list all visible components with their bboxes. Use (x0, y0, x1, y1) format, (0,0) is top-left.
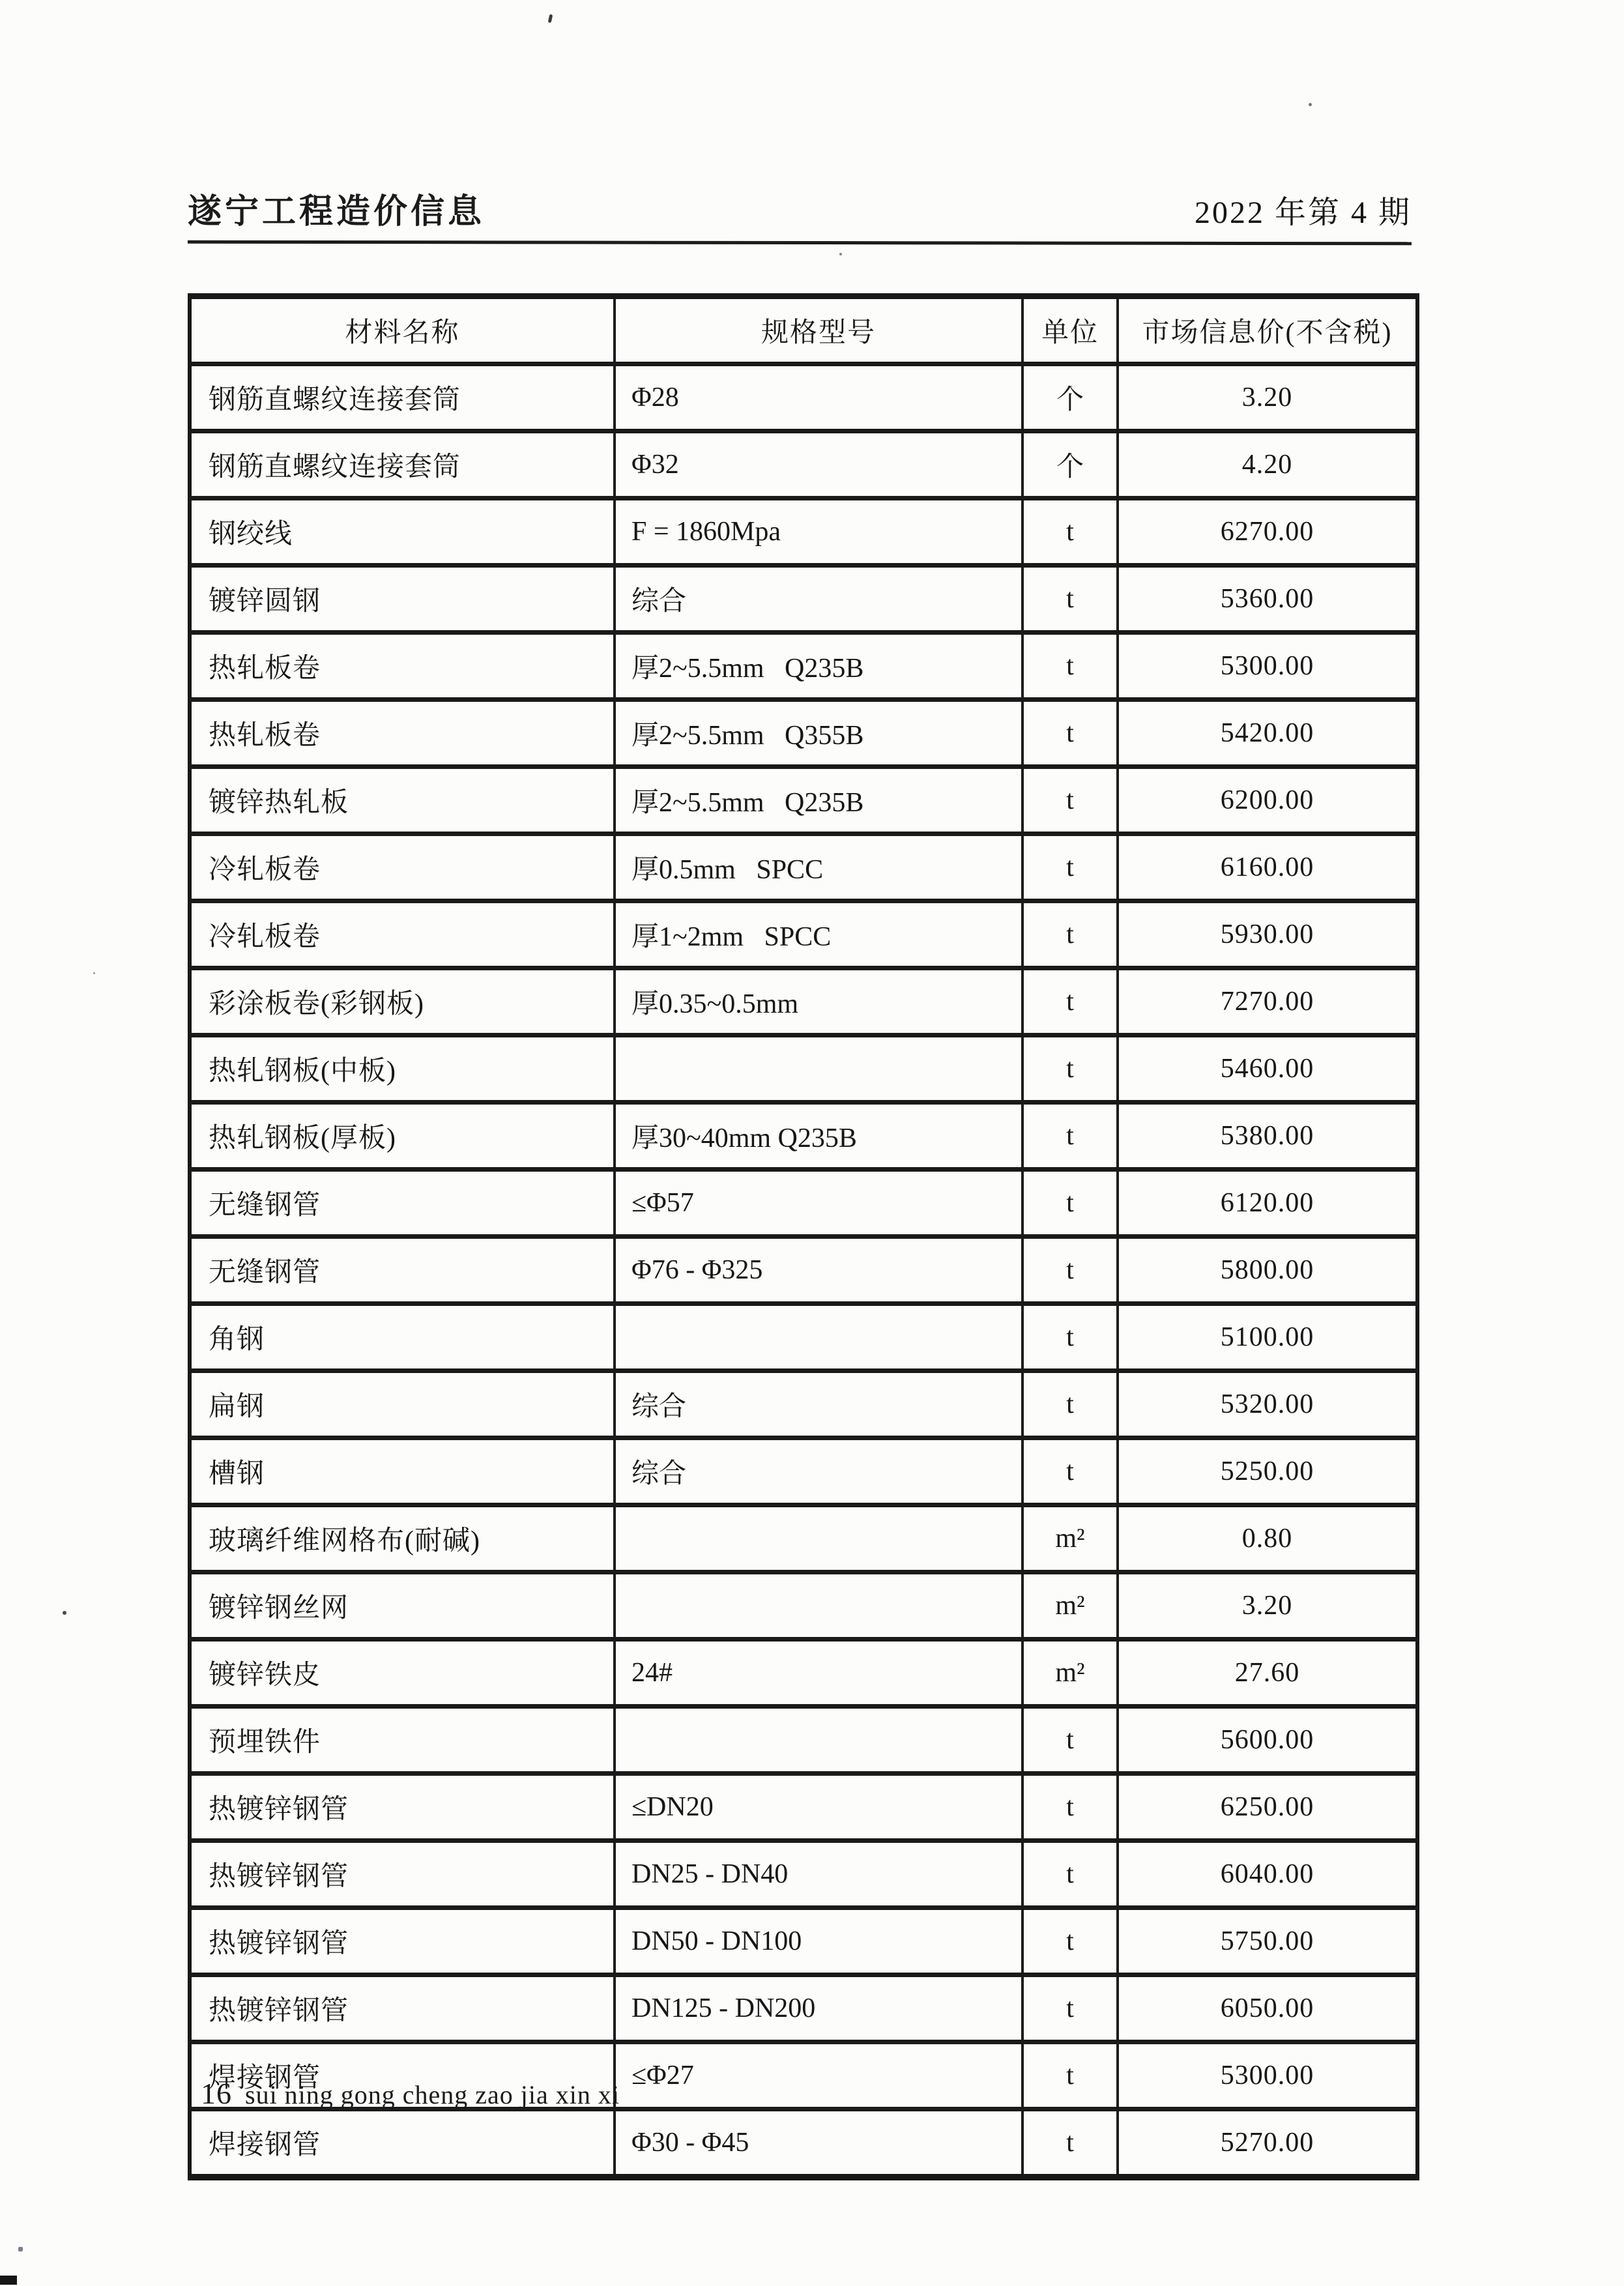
material-name-cell: 热轧钢板(中板) (190, 1035, 615, 1103)
price-cell: 5270.00 (1118, 2109, 1417, 2178)
price-cell: 5460.00 (1118, 1035, 1417, 1103)
spec-cell: 综合 (615, 566, 1022, 633)
table-row: 预埋铁件 t 5600.00 (190, 1707, 1417, 1774)
price-cell: 3.20 (1118, 364, 1417, 431)
table-header: 材料名称 规格型号 单位 市场信息价(不含税) (190, 297, 1417, 364)
price-cell: 5800.00 (1118, 1237, 1417, 1304)
price-cell: 5750.00 (1118, 1908, 1417, 1975)
spec-cell: 综合 (615, 1371, 1022, 1438)
table-row: 钢筋直螺纹连接套筒 Φ32 个 4.20 (190, 431, 1417, 499)
table-row: 镀锌铁皮 24# m² 27.60 (190, 1640, 1417, 1707)
table-row: 热镀锌钢管 DN50 - DN100 t 5750.00 (190, 1908, 1417, 1975)
table-row: 冷轧板卷 厚1~2mm SPCC t 5930.00 (190, 901, 1417, 968)
price-cell: 5420.00 (1118, 700, 1417, 767)
unit-cell: t (1022, 968, 1118, 1035)
material-name-cell: 焊接钢管 (190, 2109, 615, 2178)
unit-cell: t (1022, 1707, 1118, 1774)
material-name-cell: 无缝钢管 (190, 1170, 615, 1237)
table-row: 彩涂板卷(彩钢板) 厚0.35~0.5mm t 7270.00 (190, 968, 1417, 1035)
material-name-cell: 无缝钢管 (190, 1237, 615, 1304)
price-cell: 4.20 (1118, 431, 1417, 499)
price-cell: 5300.00 (1118, 2042, 1417, 2109)
unit-cell: t (1022, 1438, 1118, 1505)
table-row: 热轧板卷 厚2~5.5mm Q355B t 5420.00 (190, 700, 1417, 767)
spec-cell (615, 1505, 1022, 1572)
spec-cell: Φ32 (615, 431, 1022, 499)
spec-cell: ≤Φ57 (615, 1170, 1022, 1237)
table-row: 角钢 t 5100.00 (190, 1304, 1417, 1371)
unit-cell: t (1022, 499, 1118, 566)
table-row: 热镀锌钢管 ≤DN20 t 6250.00 (190, 1774, 1417, 1841)
price-cell: 6200.00 (1118, 767, 1417, 834)
unit-cell: t (1022, 2109, 1118, 2178)
material-name-cell: 玻璃纤维网格布(耐碱) (190, 1505, 615, 1572)
material-name-cell: 热轧板卷 (190, 700, 615, 767)
unit-cell: t (1022, 1170, 1118, 1237)
spec-cell: DN25 - DN40 (615, 1841, 1022, 1908)
column-header-price: 市场信息价(不含税) (1118, 297, 1417, 364)
material-name-cell: 钢筋直螺纹连接套筒 (190, 431, 615, 499)
unit-cell: t (1022, 1908, 1118, 1975)
unit-cell: t (1022, 700, 1118, 767)
unit-cell: t (1022, 834, 1118, 901)
spec-cell: 厚0.5mm SPCC (615, 834, 1022, 901)
spec-cell: 厚2~5.5mm Q235B (615, 633, 1022, 700)
table-row: 镀锌圆钢 综合 t 5360.00 (190, 566, 1417, 633)
price-cell: 5300.00 (1118, 633, 1417, 700)
scan-speck (63, 1611, 66, 1615)
spec-cell: 厚1~2mm SPCC (615, 901, 1022, 968)
price-cell: 5100.00 (1118, 1304, 1417, 1371)
page-footer: 16sui ning gong cheng zao jia xin xi (201, 2076, 620, 2111)
unit-cell: t (1022, 767, 1118, 834)
unit-cell: 个 (1022, 431, 1118, 499)
spec-cell: DN50 - DN100 (615, 1908, 1022, 1975)
price-cell: 0.80 (1118, 1505, 1417, 1572)
table-row: 镀锌钢丝网 m² 3.20 (190, 1572, 1417, 1640)
unit-cell: t (1022, 2042, 1118, 2109)
material-price-table: 材料名称 规格型号 单位 市场信息价(不含税) 钢筋直螺纹连接套筒 Φ28 个 … (188, 293, 1419, 2180)
table-row: 热镀锌钢管 DN25 - DN40 t 6040.00 (190, 1841, 1417, 1908)
spec-cell (615, 1707, 1022, 1774)
spec-cell: 厚2~5.5mm Q355B (615, 700, 1022, 767)
table-row: 热轧钢板(中板) t 5460.00 (190, 1035, 1417, 1103)
spec-cell: 厚0.35~0.5mm (615, 968, 1022, 1035)
material-name-cell: 热轧板卷 (190, 633, 615, 700)
price-cell: 5320.00 (1118, 1371, 1417, 1438)
unit-cell: t (1022, 1841, 1118, 1908)
price-cell: 6120.00 (1118, 1170, 1417, 1237)
spec-cell: Φ30 - Φ45 (615, 2109, 1022, 2178)
price-cell: 5250.00 (1118, 1438, 1417, 1505)
unit-cell: t (1022, 1975, 1118, 2042)
unit-cell: t (1022, 1304, 1118, 1371)
table-row: 钢筋直螺纹连接套筒 Φ28 个 3.20 (190, 364, 1417, 431)
price-cell: 5360.00 (1118, 566, 1417, 633)
scan-speck (18, 2247, 23, 2251)
material-name-cell: 镀锌铁皮 (190, 1640, 615, 1707)
scan-corner-mark (0, 2276, 17, 2285)
table-row: 冷轧板卷 厚0.5mm SPCC t 6160.00 (190, 834, 1417, 901)
scan-speck (93, 972, 95, 974)
material-name-cell: 镀锌钢丝网 (190, 1572, 615, 1640)
unit-cell: t (1022, 633, 1118, 700)
spec-cell: ≤Φ27 (615, 2042, 1022, 2109)
price-cell: 27.60 (1118, 1640, 1417, 1707)
material-name-cell: 彩涂板卷(彩钢板) (190, 968, 615, 1035)
issue-label: 2022 年第 4 期 (1195, 187, 1412, 232)
price-cell: 6050.00 (1118, 1975, 1417, 2042)
price-cell: 6040.00 (1118, 1841, 1417, 1908)
material-name-cell: 热镀锌钢管 (190, 1975, 615, 2042)
unit-cell: m² (1022, 1572, 1118, 1640)
material-name-cell: 热轧钢板(厚板) (190, 1103, 615, 1170)
price-table-body: 钢筋直螺纹连接套筒 Φ28 个 3.20 钢筋直螺纹连接套筒 Φ32 个 4.2… (190, 364, 1417, 2178)
table-row: 玻璃纤维网格布(耐碱) m² 0.80 (190, 1505, 1417, 1572)
unit-cell: t (1022, 901, 1118, 968)
journal-title: 遂宁工程造价信息 (188, 184, 485, 233)
scan-speck (548, 14, 553, 23)
price-cell: 5930.00 (1118, 901, 1417, 968)
unit-cell: t (1022, 1774, 1118, 1841)
material-name-cell: 槽钢 (190, 1438, 615, 1505)
spec-cell: Φ28 (615, 364, 1022, 431)
spec-cell: 厚30~40mm Q235B (615, 1103, 1022, 1170)
material-name-cell: 钢绞线 (190, 499, 615, 566)
unit-cell: t (1022, 566, 1118, 633)
table-row: 无缝钢管 Φ76 - Φ325 t 5800.00 (190, 1237, 1417, 1304)
price-cell: 6270.00 (1118, 499, 1417, 566)
table-header-row: 材料名称 规格型号 单位 市场信息价(不含税) (190, 297, 1417, 364)
material-name-cell: 角钢 (190, 1304, 615, 1371)
price-cell: 7270.00 (1118, 968, 1417, 1035)
material-name-cell: 镀锌热轧板 (190, 767, 615, 834)
table-row: 镀锌热轧板 厚2~5.5mm Q235B t 6200.00 (190, 767, 1417, 834)
material-name-cell: 镀锌圆钢 (190, 566, 615, 633)
spec-cell (615, 1572, 1022, 1640)
column-header-material-name: 材料名称 (190, 297, 615, 364)
unit-cell: m² (1022, 1640, 1118, 1707)
material-name-cell: 热镀锌钢管 (190, 1908, 615, 1975)
unit-cell: t (1022, 1237, 1118, 1304)
unit-cell: 个 (1022, 364, 1118, 431)
scan-speck (839, 253, 842, 255)
unit-cell: t (1022, 1035, 1118, 1103)
table-row: 槽钢 综合 t 5250.00 (190, 1438, 1417, 1505)
material-name-cell: 预埋铁件 (190, 1707, 615, 1774)
spec-cell (615, 1035, 1022, 1103)
table-row: 焊接钢管 Φ30 - Φ45 t 5270.00 (190, 2109, 1417, 2178)
unit-cell: t (1022, 1371, 1118, 1438)
spec-cell: DN125 - DN200 (615, 1975, 1022, 2042)
column-header-spec: 规格型号 (615, 297, 1022, 364)
page-number: 16 (201, 2077, 232, 2110)
scan-speck (1309, 103, 1312, 106)
price-cell: 6250.00 (1118, 1774, 1417, 1841)
material-name-cell: 钢筋直螺纹连接套筒 (190, 364, 615, 431)
table-row: 热镀锌钢管 DN125 - DN200 t 6050.00 (190, 1975, 1417, 2042)
table-row: 扁钢 综合 t 5320.00 (190, 1371, 1417, 1438)
price-cell: 5380.00 (1118, 1103, 1417, 1170)
spec-cell (615, 1304, 1022, 1371)
material-name-cell: 热镀锌钢管 (190, 1841, 615, 1908)
footer-pinyin: sui ning gong cheng zao jia xin xi (245, 2080, 620, 2109)
material-name-cell: 热镀锌钢管 (190, 1774, 615, 1841)
unit-cell: m² (1022, 1505, 1118, 1572)
spec-cell: 厚2~5.5mm Q235B (615, 767, 1022, 834)
material-name-cell: 冷轧板卷 (190, 834, 615, 901)
scanned-document-page: 遂宁工程造价信息 2022 年第 4 期 材料名称 规格型号 单位 市场信息价(… (0, 0, 1624, 2286)
header-rule (188, 240, 1412, 246)
price-cell: 6160.00 (1118, 834, 1417, 901)
table-row: 无缝钢管 ≤Φ57 t 6120.00 (190, 1170, 1417, 1237)
spec-cell: 24# (615, 1640, 1022, 1707)
spec-cell: F = 1860Mpa (615, 499, 1022, 566)
price-cell: 3.20 (1118, 1572, 1417, 1640)
column-header-unit: 单位 (1022, 297, 1118, 364)
page-header: 遂宁工程造价信息 2022 年第 4 期 (188, 184, 1412, 233)
unit-cell: t (1022, 1103, 1118, 1170)
table-row: 钢绞线 F = 1860Mpa t 6270.00 (190, 499, 1417, 566)
spec-cell: Φ76 - Φ325 (615, 1237, 1022, 1304)
price-cell: 5600.00 (1118, 1707, 1417, 1774)
spec-cell: 综合 (615, 1438, 1022, 1505)
spec-cell: ≤DN20 (615, 1774, 1022, 1841)
table-row: 热轧板卷 厚2~5.5mm Q235B t 5300.00 (190, 633, 1417, 700)
table-row: 热轧钢板(厚板) 厚30~40mm Q235B t 5380.00 (190, 1103, 1417, 1170)
material-name-cell: 冷轧板卷 (190, 901, 615, 968)
material-name-cell: 扁钢 (190, 1371, 615, 1438)
